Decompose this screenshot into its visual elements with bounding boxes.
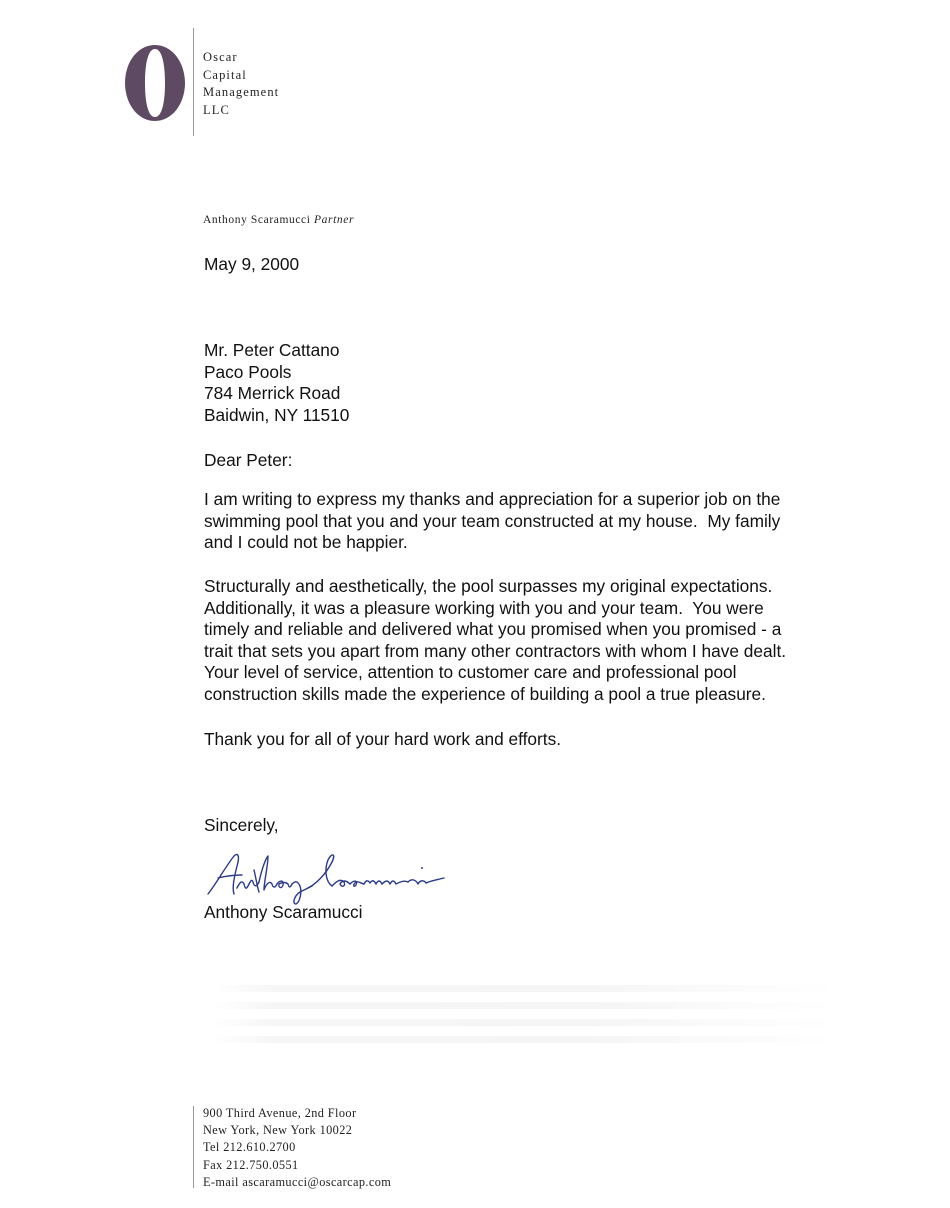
footer-phone: Tel 212.610.2700 [203, 1139, 391, 1156]
letter-date: May 9, 2000 [204, 254, 299, 275]
paragraph-line: Additionally, it was a pleasure working … [204, 598, 786, 620]
ghost-line [210, 1036, 840, 1043]
recipient-city: Baidwin, NY 11510 [204, 405, 349, 427]
company-line: Oscar [203, 49, 279, 67]
closing: Sincerely, [204, 815, 279, 836]
recipient-name: Mr. Peter Cattano [204, 340, 349, 362]
paragraph-line: Structurally and aesthetically, the pool… [204, 576, 786, 598]
paragraph-line: trait that sets you apart from many othe… [204, 641, 786, 663]
ghost-line [210, 1019, 840, 1026]
paragraph-line: and I could not be happier. [204, 532, 780, 554]
footer-street: 900 Third Avenue, 2nd Floor [203, 1105, 391, 1122]
footer-contact: 900 Third Avenue, 2nd Floor New York, Ne… [203, 1105, 391, 1191]
company-name: Oscar Capital Management LLC [203, 49, 279, 119]
paragraph-line: I am writing to express my thanks and ap… [204, 489, 780, 511]
paragraph-line: construction skills made the experience … [204, 684, 786, 706]
ghost-line [210, 985, 840, 992]
paragraph-2: Structurally and aesthetically, the pool… [204, 576, 786, 706]
footer-email: E-mail ascaramucci@oscarcap.com [203, 1174, 391, 1191]
paragraph-line: Your level of service, attention to cust… [204, 662, 786, 684]
ghost-line [210, 1002, 840, 1009]
company-line: Management [203, 84, 279, 102]
paragraph-3: Thank you for all of your hard work and … [204, 729, 561, 751]
sender-name: Anthony Scaramucci [203, 214, 311, 226]
oscar-logo-icon [124, 44, 186, 122]
salutation: Dear Peter: [204, 450, 292, 471]
company-line: LLC [203, 102, 279, 120]
footer-city: New York, New York 10022 [203, 1122, 391, 1139]
sender-line: Anthony Scaramucci Partner [203, 214, 354, 226]
recipient-address: Mr. Peter Cattano Paco Pools 784 Merrick… [204, 340, 349, 426]
handwritten-signature-icon [204, 848, 474, 906]
paragraph-line: timely and reliable and delivered what y… [204, 619, 786, 641]
sender-title: Partner [314, 214, 354, 226]
recipient-company: Paco Pools [204, 362, 349, 384]
letter-page: Oscar Capital Management LLC Anthony Sca… [0, 0, 950, 1208]
footer-fax: Fax 212.750.0551 [203, 1157, 391, 1174]
bleed-through-text [210, 985, 840, 1053]
footer-divider [193, 1106, 194, 1188]
paragraph-1: I am writing to express my thanks and ap… [204, 489, 780, 554]
letterhead-divider [193, 28, 194, 136]
paragraph-line: Thank you for all of your hard work and … [204, 729, 561, 751]
signer-name: Anthony Scaramucci [204, 902, 363, 923]
company-line: Capital [203, 67, 279, 85]
paragraph-line: swimming pool that you and your team con… [204, 511, 780, 533]
recipient-street: 784 Merrick Road [204, 383, 349, 405]
